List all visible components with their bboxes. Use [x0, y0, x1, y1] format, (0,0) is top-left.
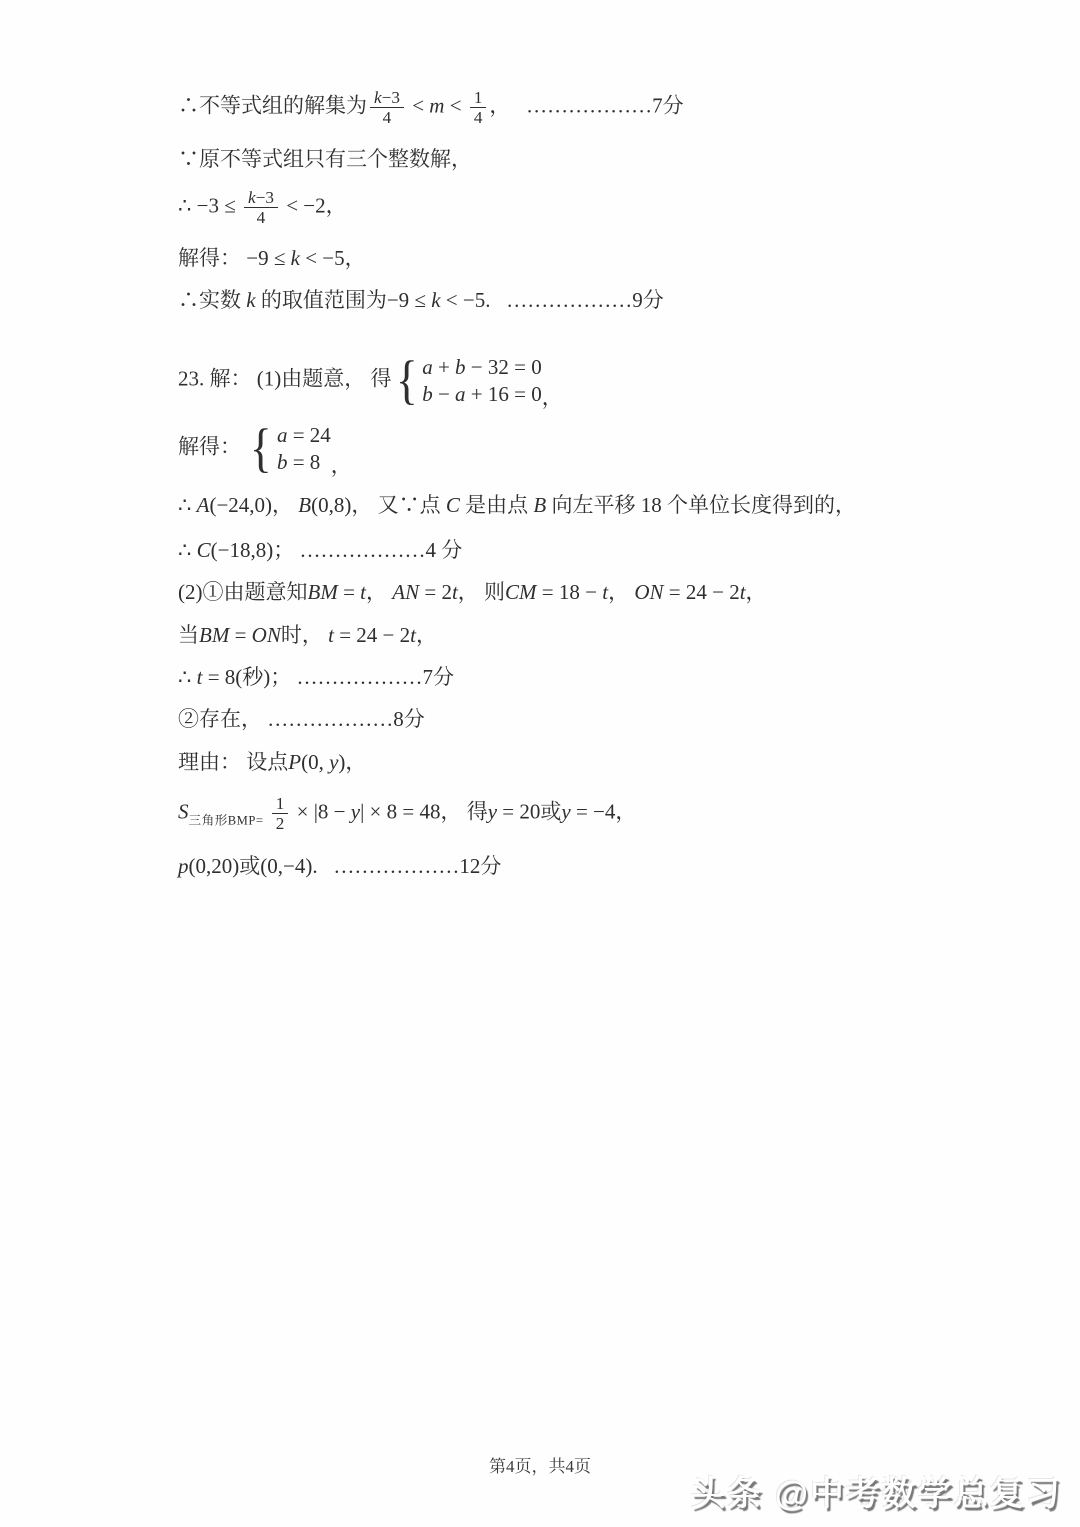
text-run: − [433, 382, 455, 406]
fraction-numerator: 1 [272, 794, 289, 814]
text-run: 向左平移 18 个单位长度得到的， [546, 493, 856, 517]
text-run: = 2 [419, 580, 452, 604]
math-variable: a [422, 355, 433, 379]
math-variable: CM [505, 580, 537, 604]
text-run: = −4， [571, 799, 637, 823]
text-run: ， [416, 623, 437, 647]
doc-line: ∴ C(−18,8)； ………………4 分 [178, 537, 968, 564]
math-variable: BM [308, 580, 338, 604]
fraction-denominator: 4 [379, 108, 396, 127]
math-variable: S [178, 799, 189, 823]
text-run: 理由： 设点 [178, 750, 288, 774]
text-run: −3 [382, 88, 400, 107]
text-run: ， [331, 453, 352, 477]
math-variable: ON [252, 623, 281, 647]
equation-rows: a = 24b = 8 [277, 422, 331, 476]
text-run: = 20或 [497, 799, 561, 823]
math-variable: B [298, 493, 311, 517]
math-variable: y [561, 799, 570, 823]
text-run: (0, [301, 750, 329, 774]
text-run: ∴不等式组的解集为 [178, 94, 367, 118]
math-variable: y [488, 799, 497, 823]
text-run: ， 则 [458, 580, 505, 604]
text-run: − 32 = 0 [466, 355, 542, 379]
doc-line: 解得： {a = 24b = 8， [178, 422, 968, 480]
text-run: 1 [474, 88, 483, 107]
math-variable: ON [634, 580, 663, 604]
doc-line: S三角形BMP= 12 × |8 − y| × 8 = 48， 得y = 20或… [178, 794, 968, 834]
brace-icon: { [250, 426, 272, 472]
equation-row: a = 24 [277, 422, 331, 449]
text-run: (2)①由题意知 [178, 580, 308, 604]
text-run: 2 [276, 814, 285, 833]
math-variable: m [429, 94, 444, 118]
text-run: 是由点 [460, 493, 534, 517]
math-variable: p [178, 854, 189, 878]
doc-line: 解得： −9 ≤ k < −5， [178, 245, 968, 272]
text-run: −3 [256, 188, 274, 207]
doc-line: ∴不等式组的解集为k−34 < m < 14， ………………7分 [178, 88, 968, 128]
text-run: = 8(秒)； ………………7分 [202, 665, 454, 689]
text-run: 时， [281, 623, 328, 647]
doc-line: p(0,20)或(0,−4). ………………12分 [178, 853, 968, 880]
math-variable: k [291, 246, 300, 270]
fraction: 12 [272, 794, 289, 834]
text-run: × |8 − [291, 799, 350, 823]
text-run: ②存在， ………………8分 [178, 707, 425, 731]
text-run: = [338, 580, 360, 604]
text-run: = 24 − 2 [664, 580, 740, 604]
text-run: = 24 [287, 423, 330, 447]
doc-line: ∵原不等式组只有三个整数解， [178, 146, 968, 173]
math-variable: B [533, 493, 546, 517]
doc-line: ②存在， ………………8分 [178, 706, 968, 733]
fraction-numerator: 1 [470, 88, 487, 108]
doc-line: ∴ A(−24,0)， B(0,8)， 又∵点 C 是由点 B 向左平移 18 … [178, 492, 968, 519]
text-run: (−18,8)； ………………4 分 [211, 538, 463, 562]
equation-system: {a = 24b = 8 [248, 422, 331, 476]
fraction: k−34 [244, 188, 278, 228]
text-run: (0,20)或(0,−4). ………………12分 [189, 854, 502, 878]
text-run: 1 [276, 794, 285, 813]
text-run: ， [608, 580, 634, 604]
fraction: k−34 [370, 88, 404, 128]
fraction-denominator: 4 [253, 208, 270, 227]
text-run: 4 [474, 108, 483, 127]
text-run: ∴实数 [178, 288, 246, 312]
doc-line: 当BM = ON时， t = 24 − 2t， [178, 622, 968, 649]
math-variable: k [248, 188, 256, 207]
math-variable: y [329, 750, 338, 774]
text-run: < −2， [281, 193, 347, 217]
text-run: < −5. ………………9分 [441, 288, 664, 312]
equation-row: a + b − 32 = 0 [422, 354, 542, 381]
text-run: ∴ [178, 665, 197, 689]
fraction-denominator: 4 [470, 108, 487, 127]
text-run: ， ………………7分 [489, 94, 683, 118]
text-run: = 24 − 2 [334, 623, 410, 647]
subscript: 三角形BMP= [189, 813, 264, 827]
text-run: ， [366, 580, 392, 604]
text-run: = [229, 623, 251, 647]
math-variable: k [374, 88, 382, 107]
text-run: 的取值范围为−9 ≤ [256, 288, 432, 312]
text-run: + 16 = 0 [466, 382, 542, 406]
fraction-numerator: k−3 [244, 188, 278, 208]
math-variable: C [446, 493, 460, 517]
fraction-numerator: k−3 [370, 88, 404, 108]
doc-line: ∴实数 k 的取值范围为−9 ≤ k < −5. ………………9分 [178, 287, 968, 314]
doc-line: ∴ −3 ≤ k−34 < −2， [178, 188, 968, 228]
math-variable: A [197, 493, 210, 517]
doc-line: ∴ t = 8(秒)； ………………7分 [178, 664, 968, 691]
text-run: (−24,0)， [209, 493, 298, 517]
math-variable: b [422, 382, 433, 406]
doc-line: (2)①由题意知BM = t， AN = 2t， 则CM = 18 − t， O… [178, 579, 968, 606]
text-run: (0,8)， 又∵点 [311, 493, 446, 517]
equation-row: b = 8 [277, 449, 331, 476]
math-variable: y [351, 799, 360, 823]
watermark: 头条 @中考数学总复习 [691, 1466, 1062, 1515]
math-variable: a [277, 423, 288, 447]
text-run [264, 799, 269, 823]
text-run: ∴ [178, 538, 197, 562]
equation-rows: a + b − 32 = 0b − a + 16 = 0 [422, 354, 542, 408]
math-variable: C [197, 538, 211, 562]
text-run: 4 [257, 208, 266, 227]
fraction: 14 [470, 88, 487, 128]
text-run: 解得： −9 ≤ [178, 246, 291, 270]
text-run: = 18 − [537, 580, 603, 604]
text-run: 解得： [178, 435, 246, 459]
text-run: + [433, 355, 455, 379]
equation-row: b − a + 16 = 0 [422, 381, 542, 408]
math-variable: k [246, 288, 255, 312]
math-variable: BM [199, 623, 229, 647]
fraction-denominator: 2 [272, 814, 289, 833]
math-variable: AN [392, 580, 419, 604]
document-body: ∴不等式组的解集为k−34 < m < 14， ………………7分∵原不等式组只有… [178, 88, 968, 896]
text-run: ， [746, 580, 767, 604]
text-run: ， [542, 386, 563, 410]
text-run: 4 [383, 108, 392, 127]
text-run: = 8 [287, 450, 320, 474]
equation-system: {a + b − 32 = 0b − a + 16 = 0 [394, 354, 542, 408]
text-run: ∵原不等式组只有三个整数解， [178, 147, 472, 171]
text-run: 23. 解： (1)由题意， 得 [178, 367, 392, 391]
text-run: < [444, 94, 466, 118]
text-run: 当 [178, 623, 199, 647]
math-variable: b [277, 450, 288, 474]
math-variable: k [431, 288, 440, 312]
text-run: | × 8 = 48， 得 [360, 799, 488, 823]
doc-line: 23. 解： (1)由题意， 得{a + b − 32 = 0b − a + 1… [178, 354, 968, 412]
math-variable: a [455, 382, 466, 406]
text-run: < −5， [300, 246, 366, 270]
text-run: ∴ −3 ≤ [178, 193, 241, 217]
brace-icon: { [395, 358, 417, 404]
math-variable: b [455, 355, 466, 379]
text-run: ∴ [178, 493, 197, 517]
text-run: )， [338, 750, 366, 774]
math-variable: P [288, 750, 301, 774]
text-run: < [407, 94, 429, 118]
document-page: ∴不等式组的解集为k−34 < m < 14， ………………7分∵原不等式组只有… [0, 0, 1080, 1527]
doc-line: 理由： 设点P(0, y)， [178, 749, 968, 776]
